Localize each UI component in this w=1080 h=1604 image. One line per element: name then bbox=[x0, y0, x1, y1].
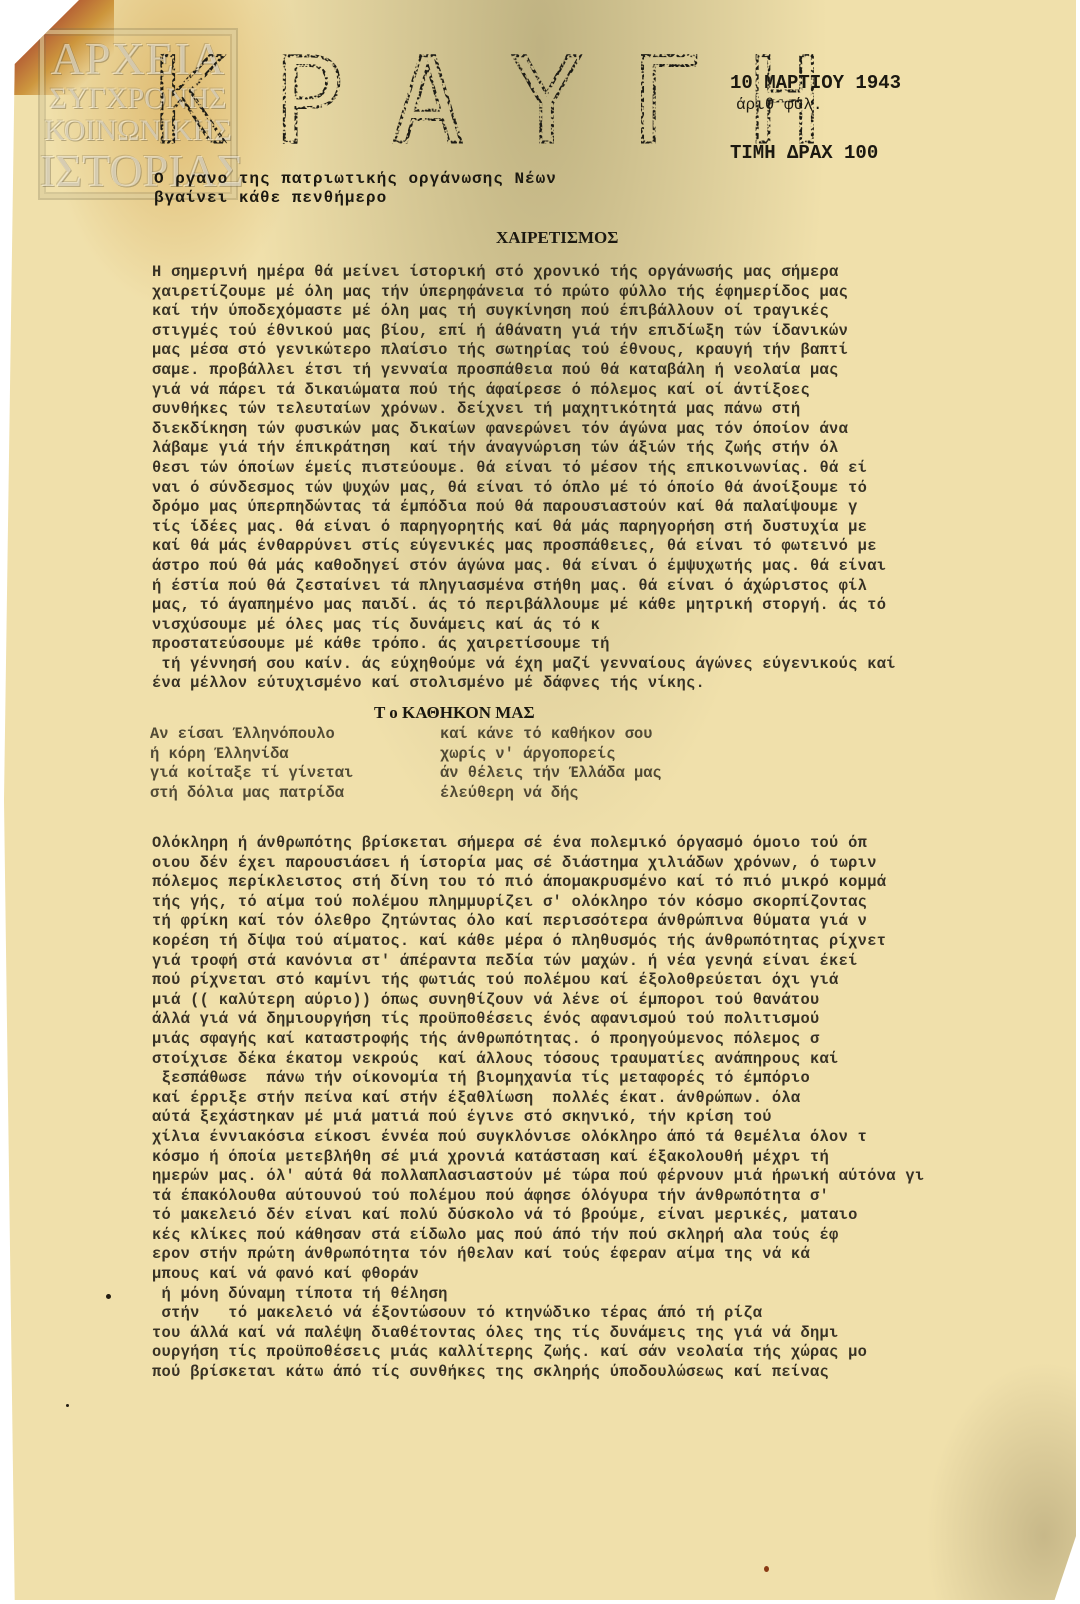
text-line: σαμε. προβάλλει έτσι τή γενναία προσπάθε… bbox=[152, 361, 982, 381]
text-line: μπους καί νά φανό καί φθοράν bbox=[152, 1265, 982, 1285]
text-line: τό μακελειό δέν είναι καί πολύ δύσκολο ν… bbox=[152, 1206, 982, 1226]
text-line: καί τήν ύποδεχόμαστε μέ όλη μας τή συγκί… bbox=[152, 302, 982, 322]
issue-price: ΤΙΜΗ ΔΡΑΧ 100 bbox=[730, 142, 901, 164]
text-line: λάβαμε γιά τήν έπικράτηση καί τήν άναγνώ… bbox=[152, 439, 982, 459]
text-line: καί έρριξε στήν πείνα καί στήν έξαθλίωση… bbox=[152, 1089, 982, 1109]
section-title-duty: Τ ο ΚΑΘΗΚΟΝ ΜΑΣ bbox=[374, 703, 535, 723]
poem-verse: έλεύθερη νά δής bbox=[440, 784, 740, 804]
text-line: ουργήση τίς προϋποθέσεις μιάς καλλίτερης… bbox=[152, 1343, 982, 1363]
text-line: τή γέννησή σου καίν. άς εύχηθούμε νά έχη… bbox=[152, 655, 982, 675]
greeting-article: Η σημερινή ημέρα θά μείνει ίστορική στό … bbox=[152, 263, 982, 694]
text-line: τή φρίκη καί τόν όλεθρο ζητώντας όλο καί… bbox=[152, 912, 982, 932]
text-line: οιου δέν έχει παρουσιάσει ή ίστορία μας … bbox=[152, 854, 982, 874]
text-line: συνθήκες τών τελευταίων χρόνων. δείχνει … bbox=[152, 400, 982, 420]
rust-speck bbox=[764, 1566, 769, 1572]
ink-speck bbox=[106, 1294, 111, 1299]
text-line: χαιρετίζουμε μέ όλη μας τήν ύπερηφάνεια … bbox=[152, 283, 982, 303]
text-line: μιά (( καλύτερη αύριο)) όπως συνηθίζουν … bbox=[152, 991, 982, 1011]
text-line: άστρο πού θά μάς καθοδηγεί στόν άγώνα μα… bbox=[152, 557, 982, 577]
subtitle-line: Ο ργανο της πατριωτικής οργάνωσης Νέων bbox=[154, 170, 557, 189]
text-line: ή μόνη δύναμη τίποτα τή θέληση bbox=[152, 1285, 982, 1305]
text-line: άλλά γιά νά δημιουργήση τίς προϋποθέσεις… bbox=[152, 1010, 982, 1030]
text-line: στοίχισε δέκα έκατομ νεκρούς καί άλλους … bbox=[152, 1050, 982, 1070]
ink-speck bbox=[66, 1404, 69, 1407]
text-line: κόσμο ή όποία μετεβλήθη σέ μιά χρονιά κα… bbox=[152, 1148, 982, 1168]
text-line: στιγμές τού έθνικού μας βίου, επί ή άθάν… bbox=[152, 322, 982, 342]
text-line: δρόμο μας ύπερπηδώντας τά έμπόδια πού θά… bbox=[152, 498, 982, 518]
text-line: διεκδίκηση τών φυσικών μας δικαίων φανερ… bbox=[152, 420, 982, 440]
text-line: προστατεύσουμε μέ κάθε τρόπο. άς χαιρετί… bbox=[152, 635, 982, 655]
text-line: ή έστία πού θά ζεσταίνει τά πληγιασμένα … bbox=[152, 577, 982, 597]
text-line: ένα μέλλον εύτυχισμένο καί στολισμένο μέ… bbox=[152, 674, 982, 694]
text-line: νισχύσουμε μέ όλες μας τίς δυνάμεις καί … bbox=[152, 616, 982, 636]
document-page: ΑΡΧΕΙΑ ΣΥΓΧΡΟΝΗΣ ΚΟΙΝΩΝΙΚΗΣ ΙΣΤΟΡΙΑΣ ΚΡΑ… bbox=[4, 0, 1076, 1600]
war-article: Ολόκληρη ή άνθρωπότης βρίσκεται σήμερα σ… bbox=[152, 834, 982, 1383]
text-line: μας, τό άγαπημένο μας παιδί. άς τό περιβ… bbox=[152, 596, 982, 616]
text-line: τής γής, τό αίμα τού πολέμου πλημμυρίζει… bbox=[152, 893, 982, 913]
issue-number: άριθ φύλ. bbox=[736, 94, 901, 116]
poem-verse: γιά κοίταξε τί γίνεται bbox=[150, 764, 440, 784]
text-line: θεσι τών όποίων έμείς πιστεύουμε. θά είν… bbox=[152, 459, 982, 479]
subtitle-line: βγαίνει κάθε πενθήμερο bbox=[154, 189, 557, 208]
text-line: μας μέσα στό γενικώτερο πλαίσιο τής σωτη… bbox=[152, 341, 982, 361]
poem-verse: χωρίς ν' άργοπορείς bbox=[440, 745, 740, 765]
text-line: ημερών μας. όλ' αύτά θά πολλαπλασιαστούν… bbox=[152, 1167, 982, 1187]
text-line: πόλεμος περίκλειστος στή δίνη του τό πιό… bbox=[152, 873, 982, 893]
issue-date: 10 ΜΑΡΤΙΟΥ 1943 bbox=[730, 72, 901, 94]
text-line: Ολόκληρη ή άνθρωπότης βρίσκεται σήμερα σ… bbox=[152, 834, 982, 854]
poem-verse: Αν είσαι Έλληνόπουλο bbox=[150, 725, 440, 745]
poem-verse: ή κόρη Έλληνίδα bbox=[150, 745, 440, 765]
text-line: ερον στήν πρώτη άνθρωπότητα τόν ήθελαν κ… bbox=[152, 1245, 982, 1265]
text-line: κορέση τή δίψα τού αίματος. καί κάθε μέρ… bbox=[152, 932, 982, 952]
text-line: ξεσπάθωσε πάνω τήν οίκονομία τή βιομηχαν… bbox=[152, 1069, 982, 1089]
masthead-subtitle: Ο ργανο της πατριωτικής οργάνωσης Νέων β… bbox=[154, 170, 557, 208]
issue-info: 10 ΜΑΡΤΙΟΥ 1943 άριθ φύλ. ΤΙΜΗ ΔΡΑΧ 100 bbox=[730, 72, 901, 164]
duty-poem: Αν είσαι Έλληνόπουλοκαί κάνε τό καθήκον … bbox=[150, 725, 740, 803]
text-line: στήν τό μακελειό νά έξοντώσουν τό κτηνώδ… bbox=[152, 1304, 982, 1324]
text-line: του άλλά καί νά παλέψη διαθέτοντας όλες … bbox=[152, 1324, 982, 1344]
text-line: πού βρίσκεται κάτω άπό τίς συνθήκες της … bbox=[152, 1363, 982, 1383]
poem-verse: καί κάνε τό καθήκον σου bbox=[440, 725, 740, 745]
text-line: τίς ίδέες μας. θά είναι ό παρηγορητής κα… bbox=[152, 518, 982, 538]
text-line: χίλια έννιακόσια είκοσι έννέα πού συγκλό… bbox=[152, 1128, 982, 1148]
text-line: τά έπακόλουθα αύτουνού τού πολέμου πού ά… bbox=[152, 1187, 982, 1207]
text-line: γιά τροφή στά κανόνια στ' άπέραντα πεδία… bbox=[152, 952, 982, 972]
text-line: ναι ό σύνδεσμος τών ψυχών μας, θά είναι … bbox=[152, 479, 982, 499]
text-line: Η σημερινή ημέρα θά μείνει ίστορική στό … bbox=[152, 263, 982, 283]
poem-verse: άν θέλεις τήν Έλλάδα μας bbox=[440, 764, 740, 784]
section-title-greeting: ΧΑΙΡΕΤΙΣΜΟΣ bbox=[496, 228, 618, 248]
text-line: γιά νά πάρει τά δικαιώματα πού τής άφαίρ… bbox=[152, 381, 982, 401]
text-line: κές κλίκες πού κάθησαν στά είδωλο μας πο… bbox=[152, 1226, 982, 1246]
text-line: καί θά μάς ένθαρρύνει στίς εύγενικές μας… bbox=[152, 537, 982, 557]
text-line: μιάς σφαγής καί καταστροφής τής άνθρωπότ… bbox=[152, 1030, 982, 1050]
poem-verse: στή δόλια μας πατρίδα bbox=[150, 784, 440, 804]
text-line: πού ρίχνεται στό καμίνι τής φωτιάς τού π… bbox=[152, 971, 982, 991]
text-line: αύτά ξεχάστηκαν μέ μιά ματιά πού έγινε σ… bbox=[152, 1108, 982, 1128]
